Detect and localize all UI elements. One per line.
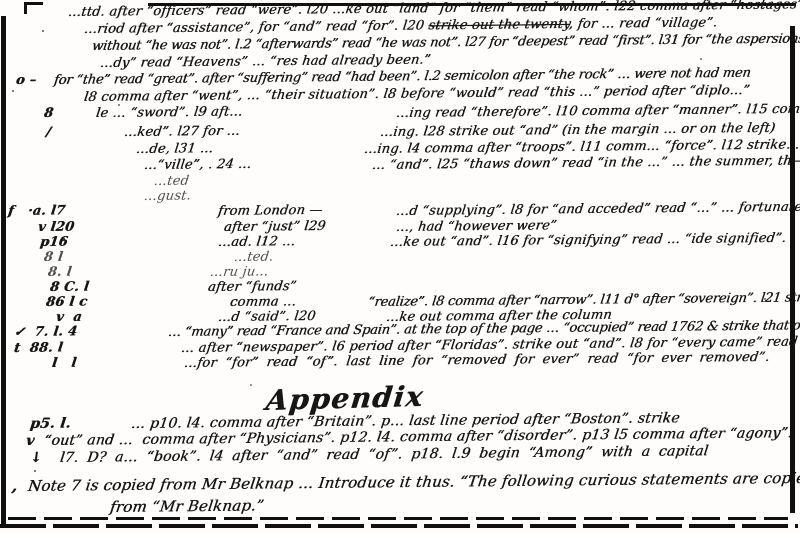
- margin-note: ✓ 7. l. 4: [13, 323, 78, 341]
- margin-note: f ·a. l7: [7, 202, 66, 220]
- line-text: …“ville”, . 24 …: [143, 156, 253, 174]
- line-text-right: …ing read “therefore”. l10 comma after “…: [395, 101, 800, 122]
- line-text: le … “sword”. l9 aft…: [95, 103, 244, 122]
- margin-note: p5. l.: [29, 416, 72, 433]
- margin-note: 8: [43, 105, 54, 122]
- appendix-heading: Appendix: [264, 380, 426, 417]
- manuscript-line: l l …for “for” read “of”. last line for …: [0, 355, 800, 373]
- frame-bottom-inner: [8, 517, 788, 520]
- margin-note: o –: [15, 72, 38, 89]
- frame-bottom-outer: [0, 524, 798, 528]
- line-text: …de, l31 …: [135, 140, 214, 158]
- margin-note: ,: [11, 478, 19, 495]
- note-line: , Note 7 is copied from Mr Belknap … Int…: [0, 478, 800, 496]
- margin-note: ↓: [29, 450, 43, 467]
- line-text: from “Mr Belknap.”: [109, 497, 265, 516]
- margin-note: v: [25, 433, 36, 450]
- note-line: from “Mr Belknap.”: [0, 499, 800, 517]
- margin-note: /: [45, 124, 52, 141]
- line-text-right: …ke out “and”. l16 for “signifying” read…: [389, 230, 787, 251]
- manuscript-page: …ttd. after “officers” read “were”. l20 …: [0, 0, 800, 533]
- struck-text: strike out the twenty: [427, 17, 570, 33]
- line-text: Note 7 is copied from Mr Belknap … Intro…: [27, 470, 800, 495]
- manuscript-line: ↓ l7. D? a… “book”. l4 after “and” read …: [0, 450, 800, 468]
- line-text-right: …d “supplying”. l8 for “and acceded” rea…: [395, 198, 800, 220]
- ink-specks: [0, 0, 2, 2]
- line-text: …ked”. l27 for …: [123, 123, 241, 141]
- margin-note: l l: [51, 355, 78, 372]
- line-text-right: … “and”. l25 “thaws down” read “in the ……: [371, 152, 800, 174]
- line-text-part: , for … read “village”.: [568, 15, 718, 32]
